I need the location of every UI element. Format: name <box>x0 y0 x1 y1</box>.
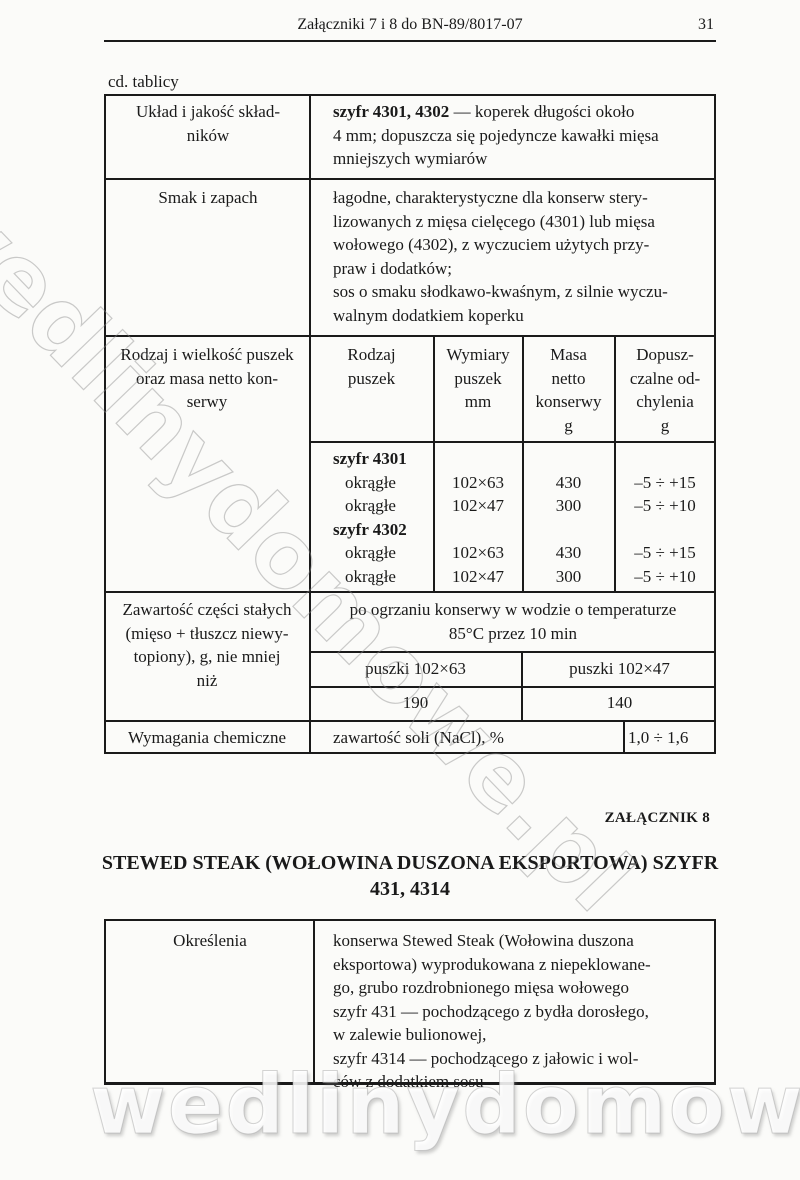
label-line: niż <box>108 669 306 693</box>
row-divider <box>309 686 716 688</box>
header-line: puszek <box>434 367 522 391</box>
label-line: topiony), g, nie mniej <box>108 645 306 669</box>
col-header-rodzaj: Rodzaj puszek <box>310 343 433 390</box>
header-line: Dopusz- <box>615 343 715 367</box>
value-line: ców z dodatkiem sosu <box>333 1070 711 1094</box>
condition-line: 85°C przez 10 min <box>310 622 716 646</box>
code-bold: szyfr 4301, 4302 <box>333 102 449 121</box>
value-line: praw i dodatków; <box>333 257 709 281</box>
row-value-okreslenia: konserwa Stewed Steak (Wołowina duszona … <box>333 929 711 1094</box>
value-line: eksportowa) wyprodukowana z niepeklowane… <box>333 953 711 977</box>
can-a-value: 190 <box>310 691 521 715</box>
row-label-okreslenia: Określenia <box>110 929 310 953</box>
header-line: konserwy <box>523 390 614 414</box>
value-line: szyfr 431 — pochodzącego z bydła dorosłe… <box>333 1000 711 1024</box>
header-divider <box>309 441 716 443</box>
can-type: okrągłe <box>333 471 433 495</box>
can-dims: 102×63 <box>434 541 522 565</box>
row-divider <box>104 178 716 180</box>
value-line: łagodne, charakterystyczne dla konserw s… <box>333 186 709 210</box>
value-line: konserwa Stewed Steak (Wołowina duszona <box>333 929 711 953</box>
value-line: — koperek długości około <box>449 102 634 121</box>
can-type: okrągłe <box>333 494 433 518</box>
label-line: Rodzaj i wielkość puszek <box>106 343 308 367</box>
header-line: chylenia <box>615 390 715 414</box>
value-line: mniejszych wymiarów <box>333 147 709 171</box>
row-divider <box>104 591 716 593</box>
tolerance: –5 ÷ +10 <box>615 565 715 589</box>
value-line: 4 mm; dopuszcza się pojedyncze kawałki m… <box>333 124 709 148</box>
col-rodzaj-values: szyfr 4301 okrągłe okrągłe szyfr 4302 ok… <box>333 447 433 588</box>
net-mass: 430 <box>523 471 614 495</box>
can-dims: 102×63 <box>434 471 522 495</box>
can-b-label: puszki 102×47 <box>523 657 716 681</box>
value-line: go, grubo rozdrobnionego mięsa wołowego <box>333 976 711 1000</box>
condition-line: po ogrzaniu konserwy w wodzie o temperat… <box>310 598 716 622</box>
value-line: wołowego (4302), z wyczuciem użytych prz… <box>333 233 709 257</box>
header-title: Załączniki 7 i 8 do BN-89/8017-07 <box>104 16 716 34</box>
col-header-masa: Masa netto konserwy g <box>523 343 614 437</box>
value-line: walnym dodatkiem koperku <box>333 304 709 328</box>
group-code: szyfr 4301 <box>333 449 407 468</box>
header-line: Masa <box>523 343 614 367</box>
can-dims: 102×47 <box>434 494 522 518</box>
col-header-wymiary: Wymiary puszek mm <box>434 343 522 414</box>
row-label-uklad: Układ i jakość skład- ników <box>110 100 306 147</box>
header-line: Rodzaj <box>310 343 433 367</box>
label-line: (mięso + tłuszcz niewy- <box>108 622 306 646</box>
chem-parameter: zawartość soli (NaCl), % <box>333 726 613 750</box>
header-line: g <box>615 414 715 438</box>
row-value-smak: łagodne, charakterystyczne dla konserw s… <box>333 186 709 327</box>
label-line: Układ i jakość skład- <box>110 100 306 124</box>
continuation-label: cd. tablicy <box>108 72 179 92</box>
row-divider <box>104 335 716 337</box>
value-line: szyfr 4314 — pochodzącego z jałowic i wo… <box>333 1047 711 1071</box>
can-a-label: puszki 102×63 <box>310 657 521 681</box>
header-line: g <box>523 414 614 438</box>
tolerance: –5 ÷ +10 <box>615 494 715 518</box>
tolerance: –5 ÷ +15 <box>615 471 715 495</box>
column-divider <box>623 720 625 754</box>
col-masa-values: 430 300 430 300 <box>523 447 614 588</box>
can-type: okrągłe <box>333 541 433 565</box>
row-value-uklad: szyfr 4301, 4302 — koperek długości okoł… <box>333 100 709 171</box>
can-dims: 102×47 <box>434 565 522 589</box>
row-divider <box>309 651 716 653</box>
value-line: w zalewie bulionowej, <box>333 1023 711 1047</box>
label-line: Zawartość części stałych <box>108 598 306 622</box>
can-b-value: 140 <box>523 691 716 715</box>
group-code: szyfr 4302 <box>333 520 407 539</box>
can-type: okrągłe <box>333 565 433 589</box>
row-label-smak: Smak i zapach <box>110 186 306 210</box>
annex-label: ZAŁĄCZNIK 8 <box>605 810 710 827</box>
header-line: mm <box>434 390 522 414</box>
header-line: puszek <box>310 367 433 391</box>
header-line: netto <box>523 367 614 391</box>
net-mass: 300 <box>523 565 614 589</box>
row-label-puszki: Rodzaj i wielkość puszek oraz masa netto… <box>106 343 308 414</box>
label-line: oraz masa netto kon- <box>106 367 308 391</box>
page-number: 31 <box>698 16 714 34</box>
section-heading: STEWED STEAK (WOŁOWINA DUSZONA EKSPORTOW… <box>100 850 720 902</box>
net-mass: 430 <box>523 541 614 565</box>
col-header-dopuszczalne: Dopusz- czalne od- chylenia g <box>615 343 715 437</box>
col-tolerance-values: –5 ÷ +15 –5 ÷ +10 –5 ÷ +15 –5 ÷ +10 <box>615 447 715 588</box>
running-header: Załączniki 7 i 8 do BN-89/8017-07 31 <box>104 14 716 42</box>
header-line: Wymiary <box>434 343 522 367</box>
tolerance: –5 ÷ +15 <box>615 541 715 565</box>
heading-line: 431, 4314 <box>100 876 720 902</box>
heading-line: STEWED STEAK (WOŁOWINA DUSZONA EKSPORTOW… <box>100 850 720 876</box>
condition-text: po ogrzaniu konserwy w wodzie o temperat… <box>310 598 716 645</box>
row-label-chem: Wymagania chemiczne <box>108 726 306 750</box>
value-line: lizowanych z mięsa cielęcego (4301) lub … <box>333 210 709 234</box>
value-line: sos o smaku słodkawo-kwaśnym, z silnie w… <box>333 280 709 304</box>
column-divider <box>309 94 311 754</box>
net-mass: 300 <box>523 494 614 518</box>
col-wymiary-values: 102×63 102×47 102×63 102×47 <box>434 447 522 588</box>
label-line: ników <box>110 124 306 148</box>
row-label-zawartosc: Zawartość części stałych (mięso + tłuszc… <box>108 598 306 692</box>
column-divider <box>313 919 315 1085</box>
header-line: czalne od- <box>615 367 715 391</box>
chem-value: 1,0 ÷ 1,6 <box>628 726 714 750</box>
label-line: serwy <box>106 390 308 414</box>
